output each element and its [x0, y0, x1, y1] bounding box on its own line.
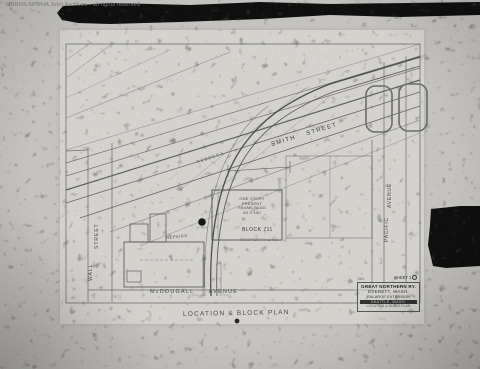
- street-label-pacific-suffix: AVENUE: [387, 183, 393, 208]
- street-label-smith: SMITH STREET: [271, 122, 339, 148]
- title-block-plan-type: LOCATION & BLOCK PLAN: [358, 304, 419, 308]
- title-block-subject: ENLARGE EXTENSION: [358, 294, 419, 299]
- label-layer: GNRHS-NPRHA Joint Archives - all rights …: [0, 0, 480, 369]
- archive-watermark: GNRHS-NPRHA Joint Archives - all rights …: [6, 2, 140, 8]
- repairs-label: REPAIRS: [166, 233, 188, 240]
- title-block: GREAT NORTHERN RY. EVERETT, WASH. ENLARG…: [357, 282, 420, 312]
- street-label-wall-suffix: STREET: [94, 223, 100, 249]
- plan-caption: LOCATION & BLOCK PLAN: [183, 309, 290, 318]
- sheet-number-text: SHEET 1: [394, 275, 411, 280]
- sheet-number-circle-icon: [412, 275, 417, 280]
- scanned-drawing-photo: GNRHS-NPRHA Joint Archives - all rights …: [0, 0, 480, 369]
- building-note-line: 50 X 100: [228, 211, 276, 216]
- sheet-number-label: SHEET 1: [394, 275, 417, 280]
- block-number-label: BLOCK 711: [242, 227, 273, 233]
- street-label-pacific: PACIFIC: [384, 217, 390, 242]
- drawing-number-label: NO.: [358, 277, 365, 281]
- street-label-wall: WALL: [88, 264, 94, 281]
- title-block-office: SEATTLE, WASH.: [360, 300, 417, 304]
- property-line-label: PROPERTY LINE: [240, 237, 278, 242]
- building-note: ONE STORY PRESENT FRAME BLDG 50 X 100: [228, 197, 276, 215]
- street-label-mcdougall: McDOUGALL AVENUE: [150, 289, 238, 295]
- street-label-rebecca: REBECCA: [196, 151, 225, 165]
